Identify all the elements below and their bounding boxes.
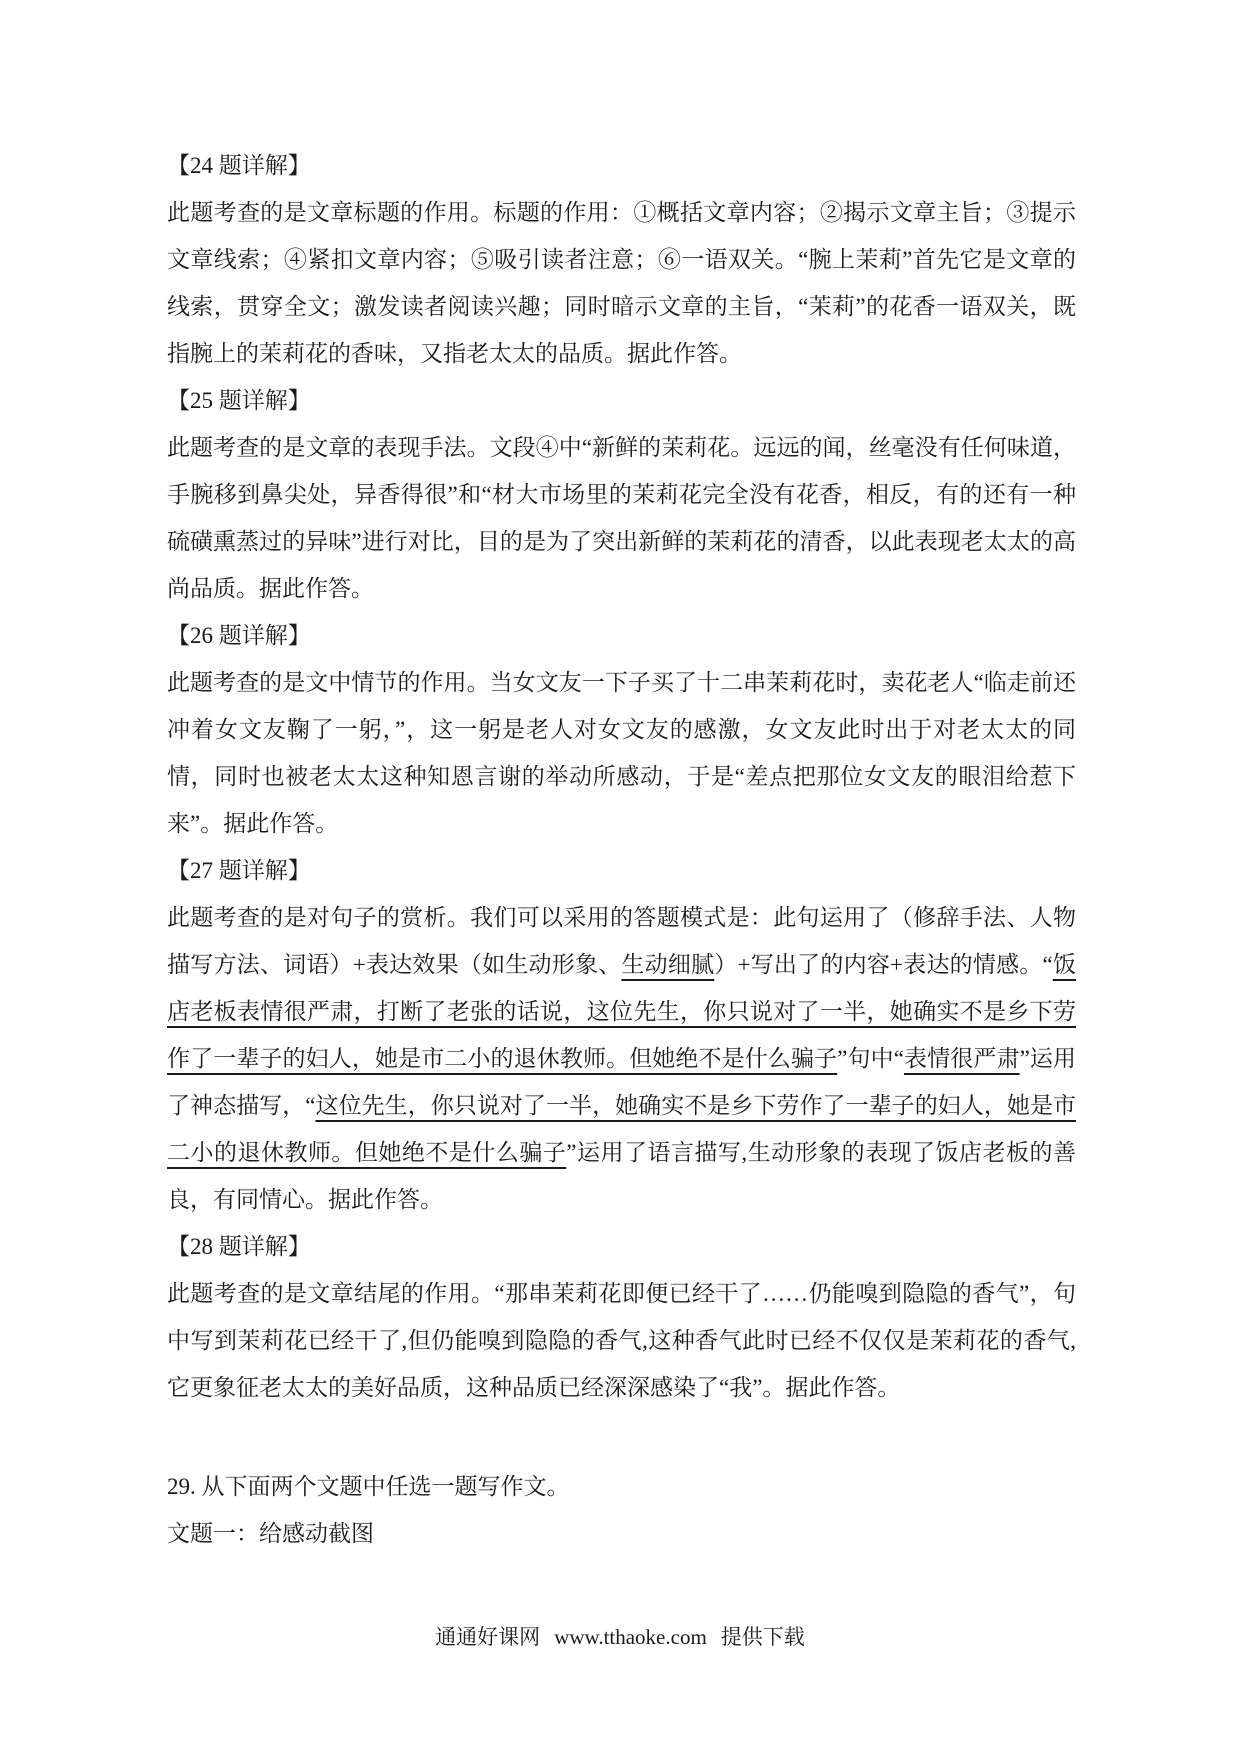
section-paragraph: 此题考查的是文章标题的作用。标题的作用：①概括文章内容；②揭示文章主旨；③提示文… bbox=[167, 189, 1076, 377]
text-run: ”句中“ bbox=[837, 1046, 904, 1071]
section-paragraph: 此题考查的是文中情节的作用。当女文友一下子买了十二串茉莉花时，卖花老人“临走前还… bbox=[167, 659, 1076, 847]
section-paragraph: 此题考查的是对句子的赏析。我们可以采用的答题模式是：此句运用了（修辞手法、人物描… bbox=[167, 894, 1076, 1223]
text-run: 此题考查的是文章结尾的作用。“那串茉莉花即便已经干了……仍能嗅到隐隐的香气”，句… bbox=[167, 1281, 1076, 1400]
underlined-text: 生动细腻 bbox=[621, 952, 714, 977]
section-heading: 【27 题详解】 bbox=[167, 847, 1076, 894]
footer-site-name: 通通好课网 bbox=[435, 1625, 540, 1649]
answer-section: 【28 题详解】此题考查的是文章结尾的作用。“那串茉莉花即便已经干了……仍能嗅到… bbox=[167, 1223, 1076, 1411]
section-paragraph: 此题考查的是文章结尾的作用。“那串茉莉花即便已经干了……仍能嗅到隐隐的香气”，句… bbox=[167, 1270, 1076, 1411]
answer-section: 【25 题详解】此题考查的是文章的表现手法。文段④中“新鲜的茉莉花。远远的闻，丝… bbox=[167, 377, 1076, 612]
text-run: ）+写出了的内容+表达的情感。“ bbox=[714, 952, 1052, 977]
section-heading: 【28 题详解】 bbox=[167, 1223, 1076, 1270]
essay-assignment: 29. 从下面两个文题中任选一题写作文。 文题一：给感动截图 bbox=[167, 1463, 1076, 1557]
answer-section: 【27 题详解】此题考查的是对句子的赏析。我们可以采用的答题模式是：此句运用了（… bbox=[167, 847, 1076, 1223]
answer-section: 【24 题详解】此题考查的是文章标题的作用。标题的作用：①概括文章内容；②揭示文… bbox=[167, 142, 1076, 377]
answer-explanations: 【24 题详解】此题考查的是文章标题的作用。标题的作用：①概括文章内容；②揭示文… bbox=[0, 0, 1240, 1557]
section-paragraph: 此题考查的是文章的表现手法。文段④中“新鲜的茉莉花。远远的闻，丝毫没有任何味道，… bbox=[167, 424, 1076, 612]
answer-section: 【26 题详解】此题考查的是文中情节的作用。当女文友一下子买了十二串茉莉花时，卖… bbox=[167, 612, 1076, 847]
footer-note: 提供下载 bbox=[721, 1625, 805, 1649]
section-heading: 【24 题详解】 bbox=[167, 142, 1076, 189]
essay-question: 29. 从下面两个文题中任选一题写作文。 bbox=[167, 1463, 1076, 1510]
text-run: 此题考查的是文章的表现手法。文段④中“新鲜的茉莉花。远远的闻，丝毫没有任何味道，… bbox=[167, 435, 1076, 601]
sections-container: 【24 题详解】此题考查的是文章标题的作用。标题的作用：①概括文章内容；②揭示文… bbox=[167, 142, 1076, 1411]
section-heading: 【26 题详解】 bbox=[167, 612, 1076, 659]
footer-url: www.tthaoke.com bbox=[554, 1625, 707, 1649]
text-run: 此题考查的是文中情节的作用。当女文友一下子买了十二串茉莉花时，卖花老人“临走前还… bbox=[167, 670, 1076, 836]
essay-topic-one: 文题一：给感动截图 bbox=[167, 1510, 1076, 1557]
document-page: 【24 题详解】此题考查的是文章标题的作用。标题的作用：①概括文章内容；②揭示文… bbox=[0, 0, 1240, 1754]
text-run: 此题考查的是文章标题的作用。标题的作用：①概括文章内容；②揭示文章主旨；③提示文… bbox=[167, 200, 1076, 366]
section-heading: 【25 题详解】 bbox=[167, 377, 1076, 424]
page-footer: 通通好课网www.tthaoke.com提供下载 bbox=[0, 1622, 1240, 1652]
underlined-text: 表情很严肃 bbox=[904, 1046, 1020, 1071]
